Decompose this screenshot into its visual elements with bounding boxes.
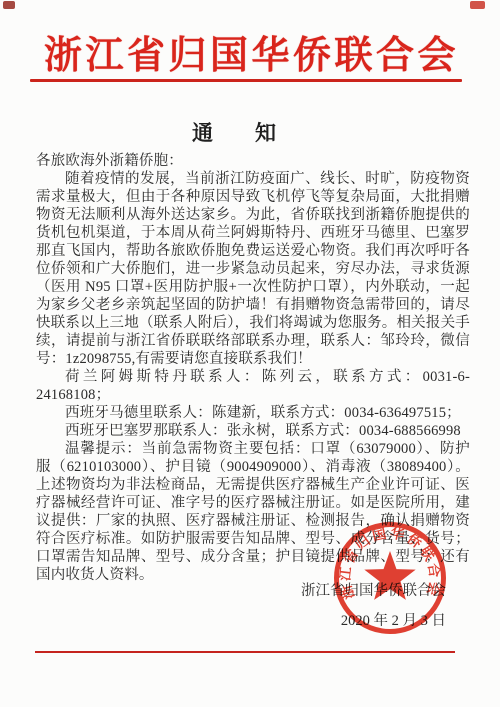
scan-artifact-top-right — [470, 1, 485, 9]
salutation-line: 各旅欧海外浙籍侨胞： — [36, 152, 470, 170]
paragraph-main: 随着疫情的发展，当前浙江防疫面广、线长、时旷，防疫物资需求量极大，但由于各种原因… — [36, 170, 470, 368]
letterhead-org-name: 浙江省归国华侨联合会 — [0, 24, 500, 79]
notice-title: 通 知 — [0, 117, 500, 147]
footer-divider-line — [35, 651, 455, 653]
scan-artifact-top-left — [3, 1, 15, 9]
seal-star — [364, 551, 415, 600]
document-page: 浙江省归国华侨联合会 通 知 各旅欧海外浙籍侨胞： 随着疫情的发展，当前浙江防疫… — [0, 0, 500, 707]
contact-line-madrid: 西班牙马德里联系人：陈建新，联系方式：0034-636497515； — [36, 404, 470, 422]
official-seal-stamp: 浙江省归国华侨联合会 — [331, 519, 449, 637]
contact-line-barcelona: 西班牙巴塞罗那联系人：张永树，联系方式：0034-688566998 — [36, 422, 470, 440]
contact-line-amsterdam: 荷兰阿姆斯特丹联系人：陈列云，联系方式：0031-6-24168108； — [36, 368, 470, 404]
letterhead-divider-line — [30, 79, 462, 82]
